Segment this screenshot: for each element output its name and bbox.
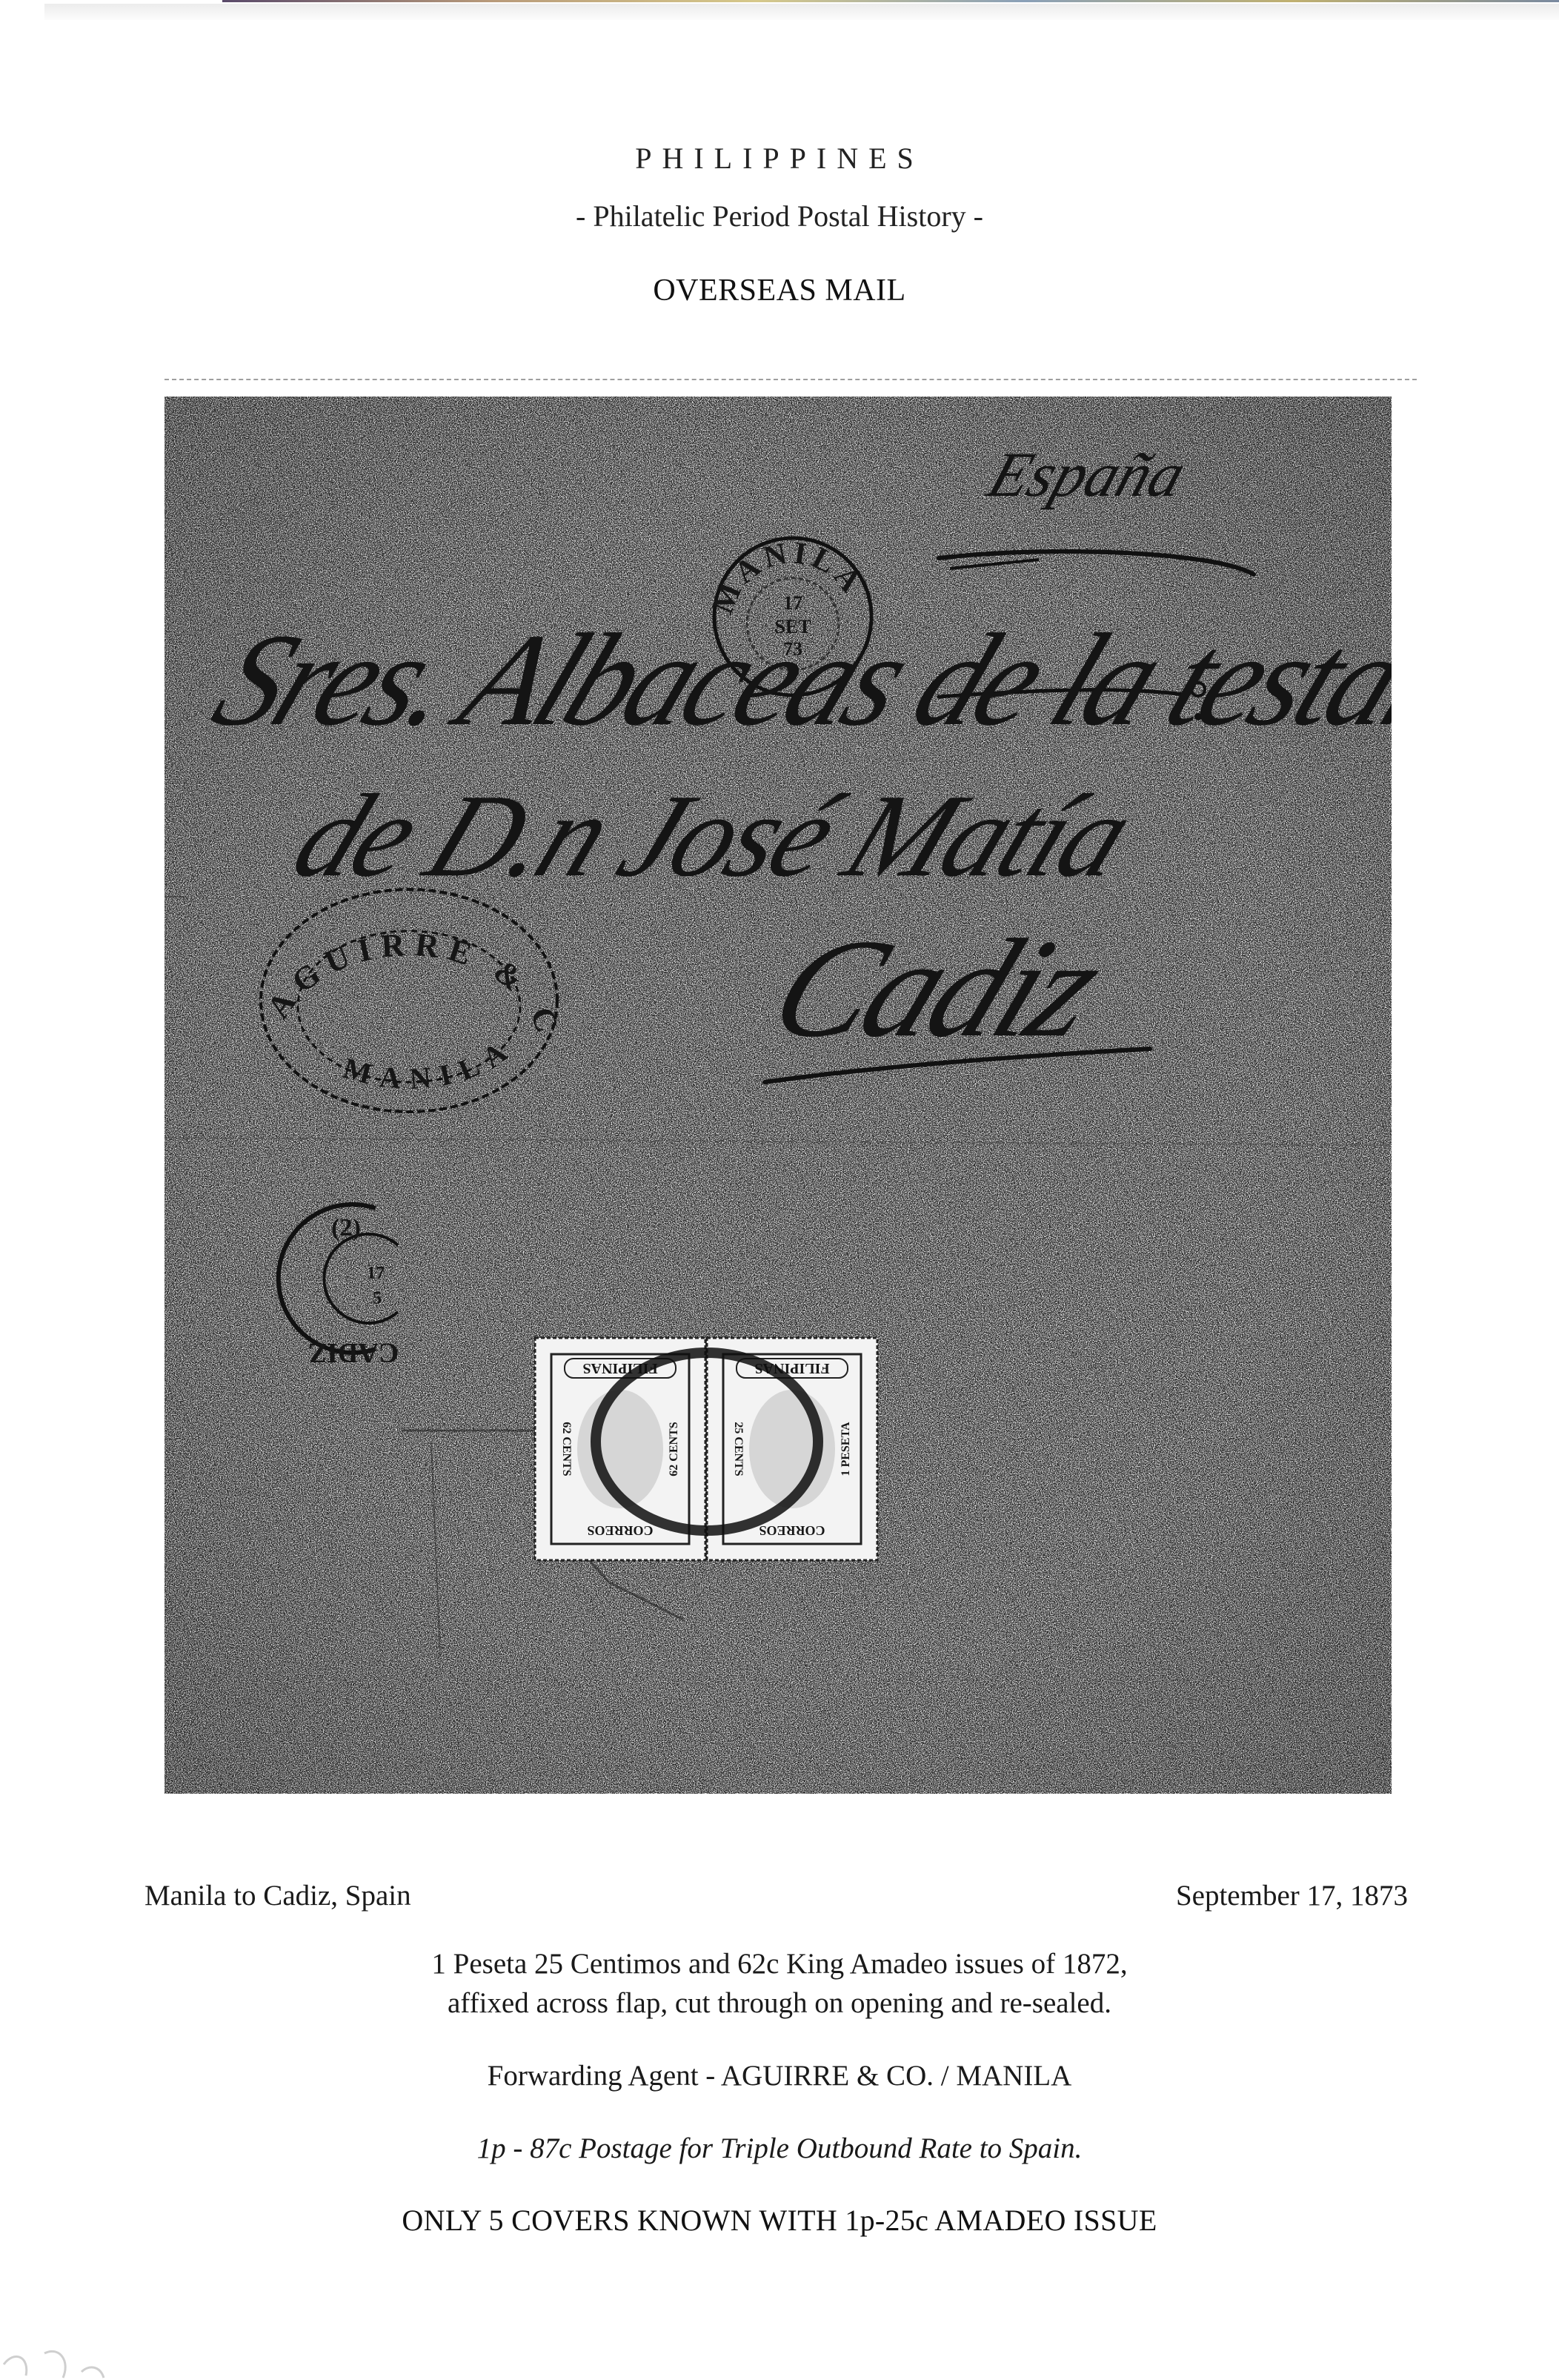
svg-text:1 PESETA: 1 PESETA bbox=[840, 1422, 852, 1476]
rarity-note: ONLY 5 COVERS KNOWN WITH 1p-25c AMADEO I… bbox=[0, 2203, 1559, 2238]
scan-edge-artifact bbox=[222, 0, 1559, 2]
forwarding-agent-caption: Forwarding Agent - AGUIRRE & CO. / MANIL… bbox=[0, 2059, 1559, 2092]
svg-text:5: 5 bbox=[373, 1289, 382, 1308]
cover-top-rule bbox=[164, 379, 1417, 380]
page-subtitle: - Philatelic Period Postal History - bbox=[0, 199, 1559, 233]
svg-text:CORREOS: CORREOS bbox=[759, 1523, 825, 1538]
handwritten-address-line-2: de D.n José Matía bbox=[276, 767, 1150, 904]
svg-text:CADIZ: CADIZ bbox=[308, 1337, 399, 1368]
cover-photocopy: MANILA 17 SET 73 * AGUIRRE & CO MANILA bbox=[164, 397, 1392, 1794]
section-heading: OVERSEAS MAIL bbox=[0, 273, 1559, 308]
route-caption: Manila to Cadiz, Spain bbox=[144, 1879, 411, 1912]
handwritten-destination: España bbox=[980, 437, 1194, 511]
description-line-2: affixed across flap, cut through on open… bbox=[0, 1986, 1559, 2020]
svg-text:62 CENTS: 62 CENTS bbox=[668, 1422, 680, 1476]
svg-text:17: 17 bbox=[367, 1264, 385, 1283]
pencil-mark-decoration bbox=[0, 2320, 119, 2380]
postage-rate-caption: 1p - 87c Postage for Triple Outbound Rat… bbox=[0, 2132, 1559, 2165]
page-title: PHILIPPINES bbox=[0, 141, 1559, 176]
handwritten-address-line-1: Sres. Albaceas de la testam.ría bbox=[194, 604, 1392, 756]
description-line-1: 1 Peseta 25 Centimos and 62c King Amadeo… bbox=[0, 1947, 1559, 1980]
stamp-pair: FILIPINAS CORREOS 62 CENTS 62 CENTS FILI… bbox=[535, 1338, 877, 1560]
svg-text:CORREOS: CORREOS bbox=[587, 1523, 653, 1538]
svg-text:25 CENTS: 25 CENTS bbox=[732, 1422, 745, 1476]
handwritten-address-city: Cadiz bbox=[750, 908, 1122, 1070]
svg-text:62 CENTS: 62 CENTS bbox=[560, 1422, 573, 1476]
scan-shadow-band bbox=[44, 4, 1559, 20]
svg-text:(2): (2) bbox=[331, 1214, 361, 1242]
date-caption: September 17, 1873 bbox=[1176, 1879, 1408, 1912]
